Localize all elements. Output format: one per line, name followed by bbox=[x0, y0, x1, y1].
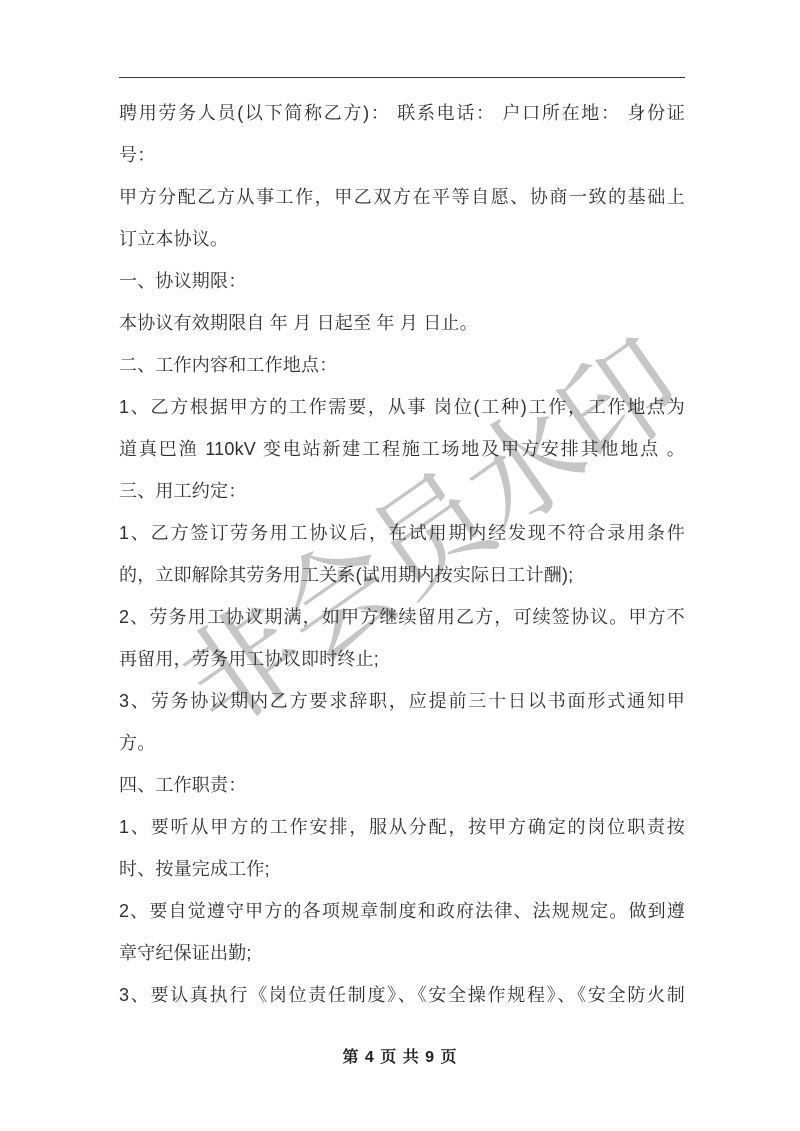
text-line: 1、要听从甲方的工作安排，服从分配，按甲方确定的岗位职责按 bbox=[119, 806, 685, 848]
text-line: 订立本协议。 bbox=[119, 218, 685, 260]
text-line: 聘用劳务人员(以下简称乙方)： 联系电话： 户口所在地： 身份证 bbox=[119, 92, 685, 134]
text-line: 3、要认真执行《岗位责任制度》、《安全操作规程》、《安全防火制 bbox=[119, 974, 685, 1016]
document-page: 非会员水印 聘用劳务人员(以下简称乙方)： 联系电话： 户口所在地： 身份证号：… bbox=[0, 0, 800, 1131]
text-line: 1、乙方签订劳务用工协议后，在试用期内经发现不符合录用条件 bbox=[119, 512, 685, 554]
text-line: 2、劳务用工协议期满，如甲方继续留用乙方，可续签协议。甲方不 bbox=[119, 596, 685, 638]
text-line: 甲方分配乙方从事工作，甲乙双方在平等自愿、协商一致的基础上 bbox=[119, 176, 685, 218]
text-line: 四、工作职责： bbox=[119, 764, 685, 806]
text-line: 方。 bbox=[119, 722, 685, 764]
text-line: 道真巴渔 110kV 变电站新建工程施工场地及甲方安排其他地点 。 bbox=[119, 428, 685, 470]
text-line: 2、要自觉遵守甲方的各项规章制度和政府法律、法规规定。做到遵 bbox=[119, 890, 685, 932]
document-body: 聘用劳务人员(以下简称乙方)： 联系电话： 户口所在地： 身份证号：甲方分配乙方… bbox=[119, 92, 685, 1016]
header-rule bbox=[119, 77, 685, 78]
text-line: 三、用工约定： bbox=[119, 470, 685, 512]
text-line: 二、工作内容和工作地点： bbox=[119, 344, 685, 386]
text-line: 本协议有效期限自 年 月 日起至 年 月 日止。 bbox=[119, 302, 685, 344]
text-line: 章守纪保证出勤; bbox=[119, 932, 685, 974]
page-footer: 第 4 页 共 9 页 bbox=[0, 1044, 800, 1067]
text-line: 的，立即解除其劳务用工关系(试用期内按实际日工计酬); bbox=[119, 554, 685, 596]
text-line: 1、乙方根据甲方的工作需要，从事 岗位(工种)工作，工作地点为 bbox=[119, 386, 685, 428]
text-line: 一、协议期限： bbox=[119, 260, 685, 302]
text-line: 再留用，劳务用工协议即时终止; bbox=[119, 638, 685, 680]
text-line: 3、劳务协议期内乙方要求辞职，应提前三十日以书面形式通知甲 bbox=[119, 680, 685, 722]
text-line: 时、按量完成工作; bbox=[119, 848, 685, 890]
text-line: 号： bbox=[119, 134, 685, 176]
